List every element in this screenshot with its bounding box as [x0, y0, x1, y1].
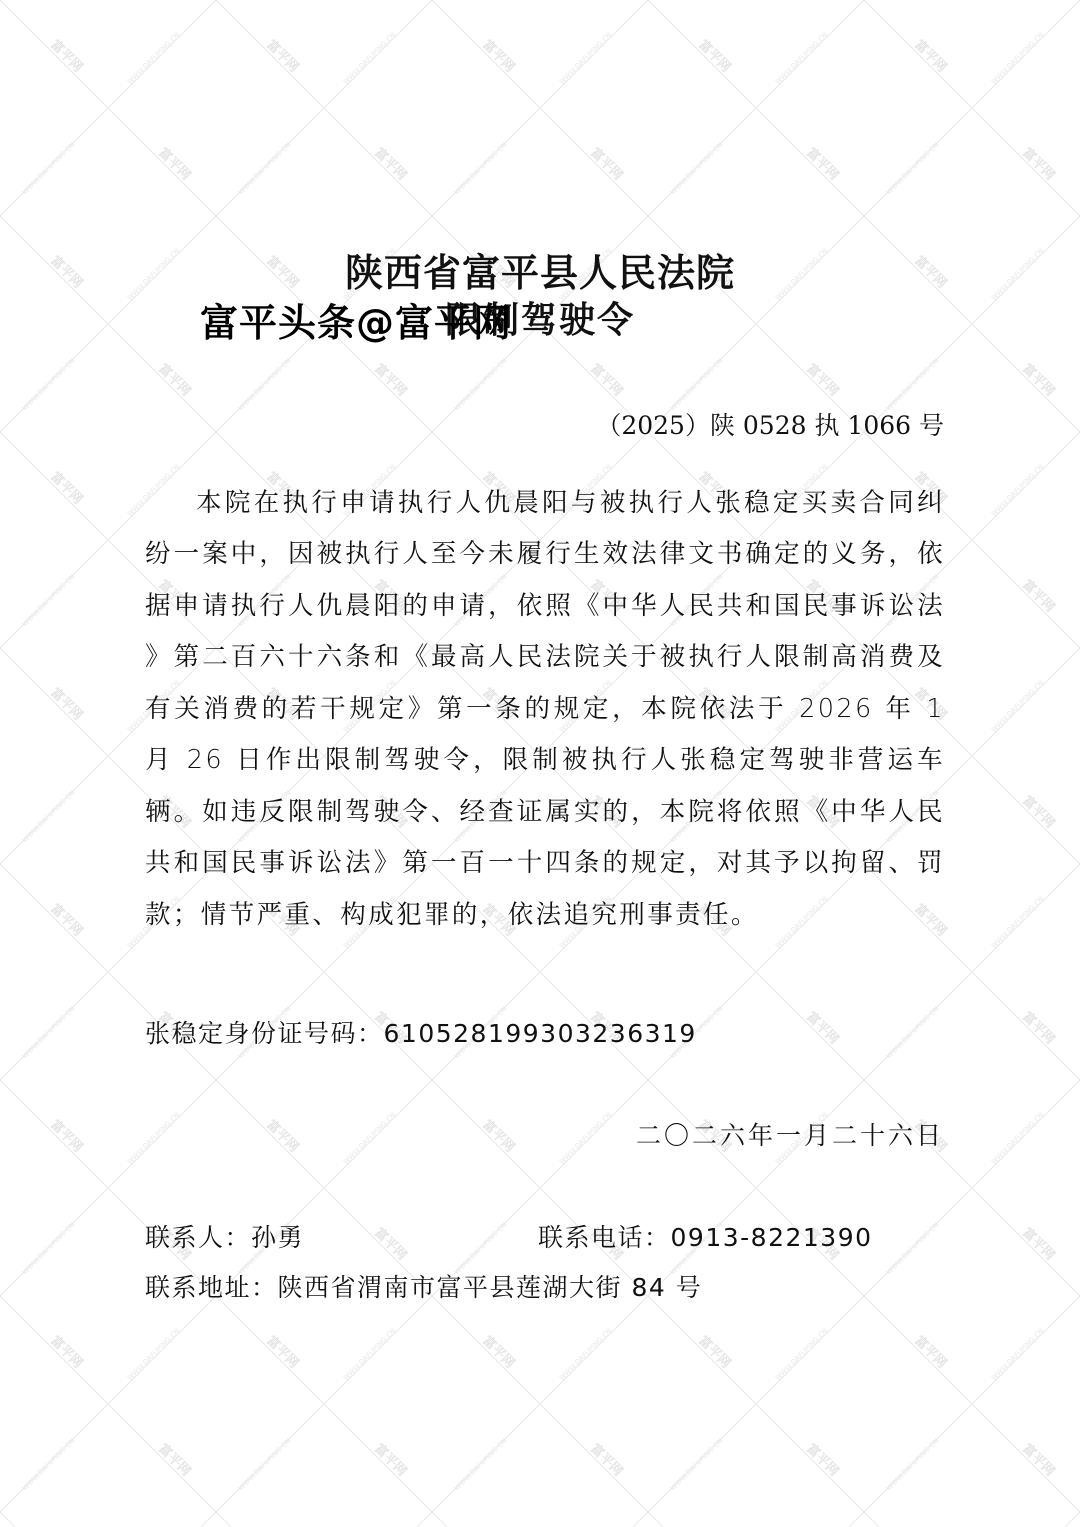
contact-phone-label: 联系电话： [538, 1223, 671, 1252]
issue-date: 二〇二六年一月二十六日 [636, 1116, 944, 1152]
contact-person-label: 联系人： [145, 1223, 251, 1252]
document-page: 陕西省富平县人民法院 限制驾驶令 富平头条@富平网 （2025）陕 0528 执… [0, 0, 1080, 1527]
case-number: （2025）陕 0528 执 1066 号 [596, 406, 944, 442]
id-number-label: 张稳定身份证号码： [145, 1019, 384, 1048]
body-paragraph: 本院在执行申请执行人仇晨阳与被执行人张稳定买卖合同纠纷一案中，因被执行人至今未履… [145, 478, 945, 942]
contact-address-line: 联系地址：陕西省渭南市富平县莲湖大街 84 号 [145, 1268, 702, 1304]
court-name: 陕西省富平县人民法院 [345, 242, 735, 297]
overlay-watermark-text: 富平头条@富平网 [200, 292, 512, 347]
contact-phone-line: 联系电话：0913-8221390 [538, 1218, 873, 1254]
id-number-value: 610528199303236319 [384, 1019, 697, 1048]
contact-address-value: 陕西省渭南市富平县莲湖大街 84 号 [278, 1273, 703, 1302]
id-number-line: 张稳定身份证号码：610528199303236319 [145, 1014, 697, 1050]
contact-person-name: 孙勇 [251, 1223, 304, 1252]
contact-address-label: 联系地址： [145, 1273, 278, 1302]
contact-phone-number: 0913-8221390 [671, 1223, 873, 1252]
contact-person-line: 联系人：孙勇 [145, 1218, 304, 1254]
